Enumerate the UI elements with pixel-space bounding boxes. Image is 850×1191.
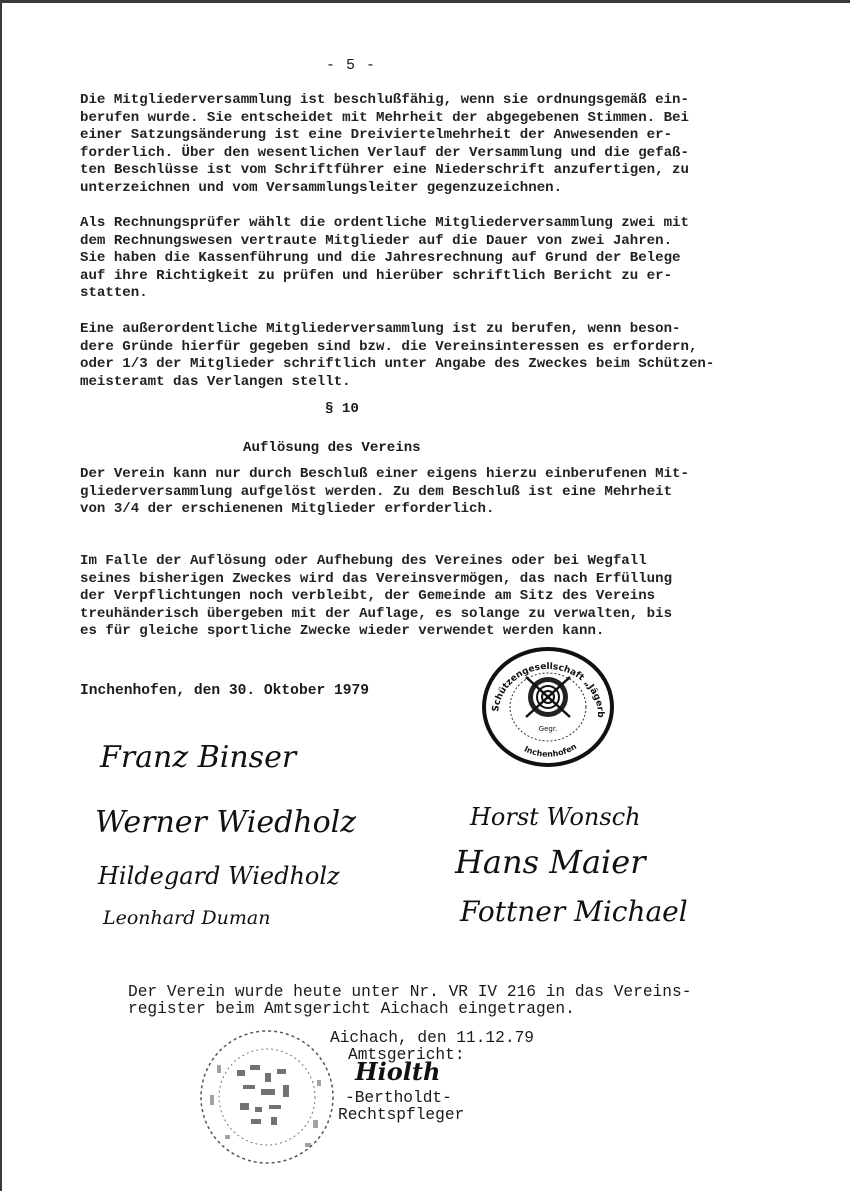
page-number: - 5 - (326, 57, 376, 74)
paragraph-extraordinary-assembly: Eine außerordentliche Mitgliederversamml… (80, 321, 714, 391)
signatures-left: Franz Binser Werner Wiedholz Hildegard W… (95, 735, 395, 940)
court-place-date: Aichach, den 11.12.79 (330, 1029, 534, 1047)
court-seal-stamp-icon (195, 1025, 345, 1170)
official-name: -Bertholdt- (345, 1089, 452, 1107)
section-title: Auflösung des Vereins (243, 440, 421, 456)
paragraph-assembly-quorum: Die Mitgliederversammlung ist beschlußfä… (80, 92, 689, 198)
paragraph-dissolution-vote: Der Verein kann nur durch Beschluß einer… (80, 466, 689, 519)
official-role: Rechtspfleger (338, 1106, 464, 1124)
signature: Fottner Michael (460, 895, 688, 928)
signature: Horst Wonsch (470, 803, 641, 831)
club-seal-stamp-icon: Schützengesellschaft „Jägerblut" Inchenh… (478, 645, 618, 770)
signature: Werner Wiedholz (95, 805, 356, 840)
place-and-date: Inchenhofen, den 30. Oktober 1979 (80, 683, 369, 699)
signature: Leonhard Duman (103, 907, 270, 929)
paragraph-dissolution-assets: Im Falle der Auflösung oder Aufhebung de… (80, 553, 672, 641)
section-number: § 10 (325, 401, 359, 417)
signatures-right: Horst Wonsch Hans Maier Fottner Michael (445, 795, 705, 955)
signature: Hans Maier (455, 843, 646, 881)
signature: Hildegard Wiedholz (98, 862, 340, 890)
signature: Franz Binser (100, 740, 296, 775)
official-signature: Hiolth (355, 1057, 440, 1086)
window-frame-left (0, 0, 2, 1191)
svg-text:Gegr.: Gegr. (539, 725, 558, 733)
paragraph-auditors: Als Rechnungsprüfer wählt die ordentlich… (80, 215, 689, 303)
svg-text:Inchenhofen: Inchenhofen (523, 742, 579, 759)
window-frame-top (0, 0, 850, 3)
registry-entry-note: Der Verein wurde heute unter Nr. VR IV 2… (128, 984, 691, 1018)
